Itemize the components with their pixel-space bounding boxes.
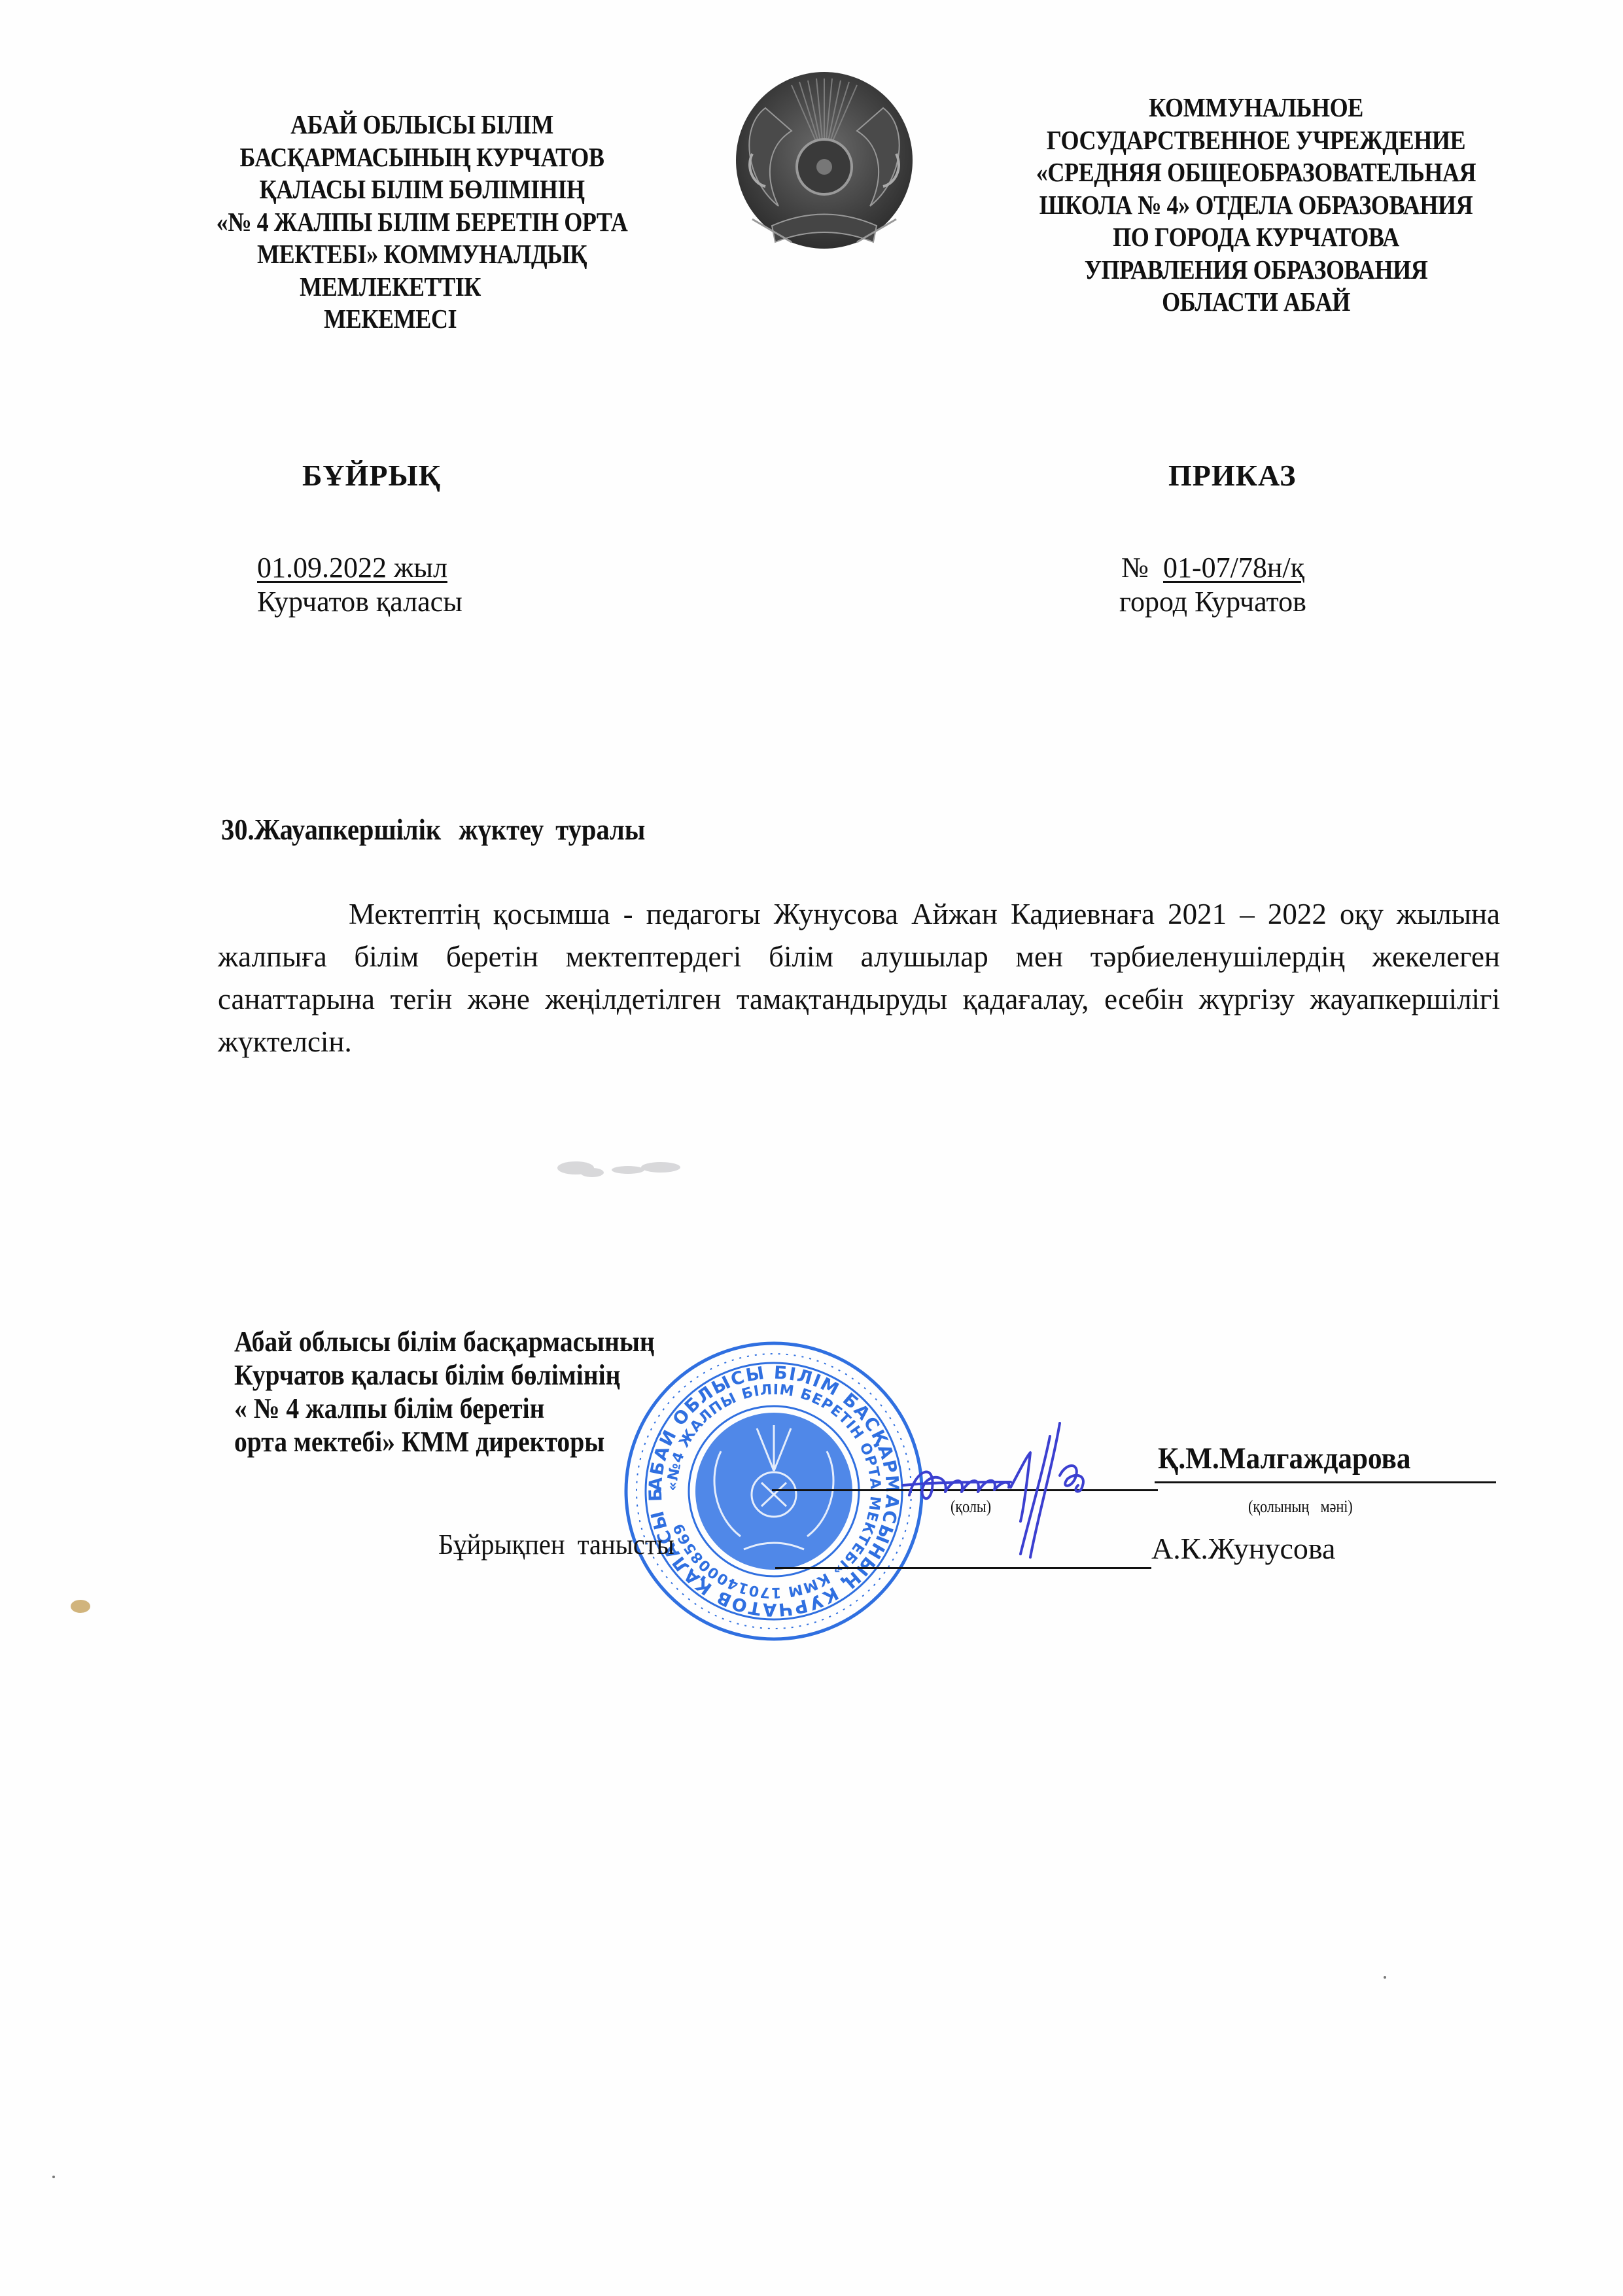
doc-meta-right: № 01-07/78н/қ город Курчатов [1116, 551, 1306, 619]
director-name-underline [1155, 1481, 1496, 1483]
scan-speck [52, 2176, 55, 2178]
doc-date: 01.09.2022 жыл [257, 552, 447, 584]
scan-smudge [550, 1152, 700, 1184]
header-right-line: ПО ГОРОДА КУРЧАТОВА [980, 221, 1533, 254]
doc-number-prefix: № [1121, 552, 1149, 584]
doc-number: 01-07/78н/қ [1163, 552, 1304, 584]
official-stamp-icon: АБАЙ ОБЛЫСЫ БІЛІМ БАСҚАРМАСЫНЫҢ КУРЧАТОВ… [623, 1340, 925, 1642]
order-title: 30.Жауапкершілікжүктеутуралы [221, 813, 645, 847]
title-word: жүктеу [459, 813, 544, 846]
header-left-line: ҚАЛАСЫ БІЛІМ БӨЛІМІНІҢ [163, 173, 681, 206]
doc-meta-left: 01.09.2022 жыл Курчатов қаласы [257, 551, 462, 619]
header-right-line: ОБЛАСТИ АБАЙ [980, 286, 1533, 319]
state-emblem-icon [726, 69, 922, 258]
header-left-kz: АБАЙ ОБЛЫСЫ БІЛІМ БАСҚАРМАСЫНЫҢ КУРЧАТОВ… [163, 109, 681, 336]
handwritten-signature-icon [896, 1417, 1158, 1567]
signatory-org-line: орта мектебі» КММ директоры [234, 1425, 655, 1458]
signatory-organization: Абай облысы білім басқармасының Курчатов… [234, 1325, 655, 1458]
header-right-line: ГОСУДАРСТВЕННОЕ УЧРЕЖДЕНИЕ [980, 124, 1533, 157]
header-left-line: АБАЙ ОБЛЫСЫ БІЛІМ [163, 109, 681, 141]
doc-type-ru: ПРИКАЗ [1168, 458, 1296, 493]
header-left-line: МЕКТЕБІ» КОММУНАЛДЫҚ [163, 238, 681, 271]
header-left-line: БАСҚАРМАСЫНЫҢ КУРЧАТОВ [163, 141, 681, 174]
director-name: Қ.М.Малгаждарова [1158, 1441, 1411, 1476]
header-left-line: МЕМЛЕКЕТТІК [163, 271, 681, 304]
doc-type-kz: БҰЙРЫҚ [302, 458, 441, 493]
header-right-line: «СРЕДНЯЯ ОБЩЕОБРАЗОВАТЕЛЬНАЯ [980, 156, 1533, 189]
header-right-line: УПРАВЛЕНИЯ ОБРАЗОВАНИЯ [980, 254, 1533, 287]
signatory-org-line: Абай облысы білім басқармасының [234, 1325, 655, 1358]
doc-city-kz: Курчатов қаласы [257, 585, 462, 619]
header-right-line: ШКОЛА № 4» ОТДЕЛА ОБРАЗОВАНИЯ [980, 189, 1533, 222]
acknowledged-label: Бұйрықпен танысты [438, 1528, 674, 1561]
signatory-org-line: Курчатов қаласы білім бөлімінің [234, 1358, 655, 1392]
header-left-line: «№ 4 ЖАЛПЫ БІЛІМ БЕРЕТІН ОРТА [163, 206, 681, 239]
header-right-line: КОММУНАЛЬНОЕ [980, 92, 1533, 124]
doc-city-ru: город Курчатов [1116, 585, 1306, 619]
header-left-line: МЕКЕМЕСІ [163, 303, 681, 336]
title-word: Жауапкершілік [254, 813, 442, 846]
title-word: туралы [555, 813, 645, 846]
header-right-ru: КОММУНАЛЬНОЕ ГОСУДАРСТВЕННОЕ УЧРЕЖДЕНИЕ … [980, 92, 1533, 319]
acknowledged-name: А.К.Жунусова [1151, 1531, 1335, 1566]
scan-stain [71, 1600, 90, 1613]
title-number: 30. [221, 813, 254, 846]
signatory-org-line: « № 4 жалпы білім беретін [234, 1392, 655, 1425]
order-body: Мектептің қосымша - педагогы Жунусова Ай… [218, 893, 1500, 1063]
acknowledged-signature-line [775, 1567, 1151, 1569]
caption-name-decoding: (қолының мәні) [1248, 1497, 1353, 1517]
scan-speck [1384, 1976, 1386, 1979]
